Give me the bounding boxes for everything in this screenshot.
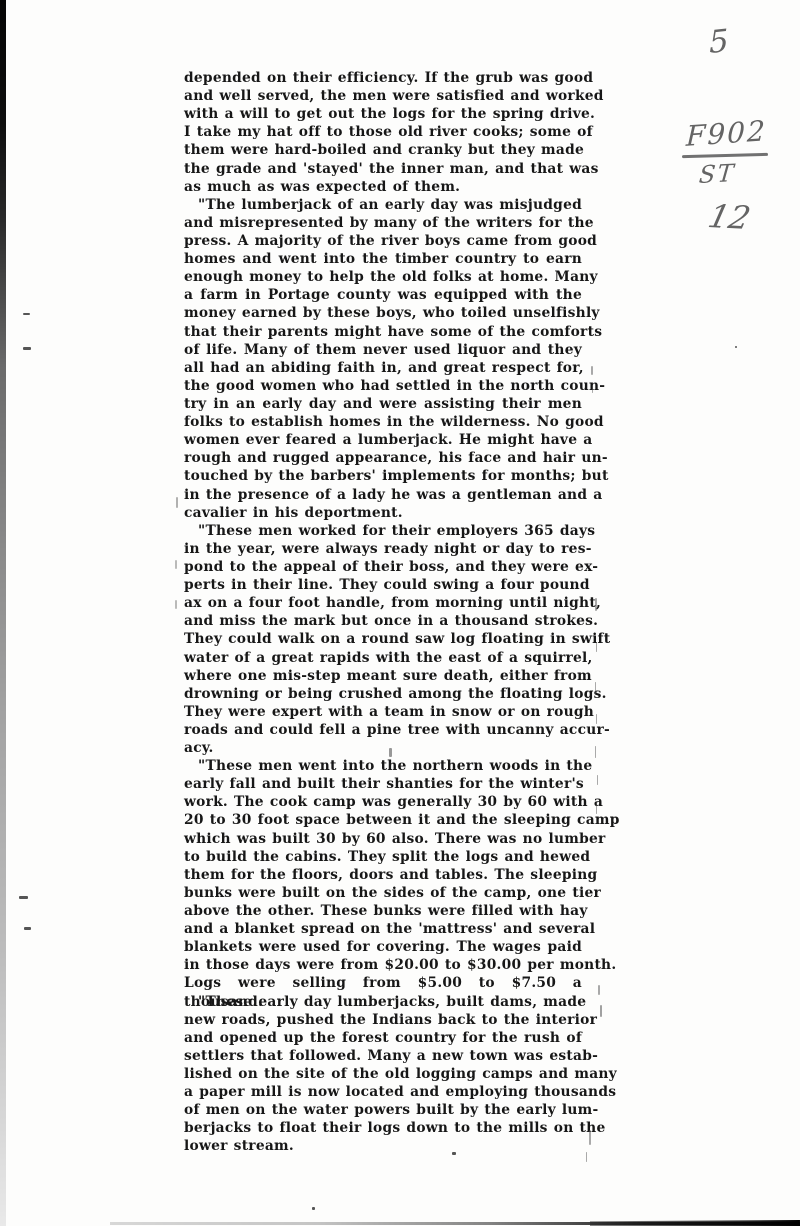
text-line: in the year, were always ready night or …	[184, 540, 582, 558]
text-line: new roads, pushed the Indians back to th…	[184, 1011, 582, 1029]
text-line: and a blanket spread on the 'mattress' a…	[184, 920, 582, 938]
scan-artifact	[595, 746, 596, 758]
scanned-document-page: 5 F902 ST 12 depended on their efficienc…	[0, 0, 800, 1226]
handwritten-underline	[682, 153, 768, 158]
text-line: lower stream.	[184, 1137, 582, 1155]
text-line: "The lumberjack of an early day was misj…	[184, 196, 582, 214]
text-line: above the other. These bunks were filled…	[184, 902, 582, 920]
scan-artifact	[735, 346, 737, 348]
scan-artifact	[589, 1130, 591, 1145]
scan-artifact	[595, 598, 597, 611]
text-line: and miss the mark but once in a thousand…	[184, 612, 582, 630]
scan-artifact	[389, 748, 392, 757]
text-line: cavalier in his deportment.	[184, 504, 582, 522]
handwritten-call-number-line1: F902	[686, 117, 768, 151]
text-line: with a will to get out the logs for the …	[184, 105, 582, 123]
text-line: in the presence of a lady he was a gentl…	[184, 486, 582, 504]
scan-artifact	[600, 1005, 602, 1017]
text-line: "These men worked for their employers 36…	[184, 522, 582, 540]
text-line: "These early day lumberjacks, built dams…	[184, 993, 582, 1011]
text-line: touched by the barbers' implements for m…	[184, 467, 582, 485]
text-line: early fall and built their shanties for …	[184, 775, 582, 793]
scan-edge-corner	[590, 1220, 800, 1226]
text-line: 20 to 30 foot space between it and the s…	[184, 811, 582, 829]
text-line: and opened up the forest country for the…	[184, 1029, 582, 1047]
scan-artifact	[586, 1152, 587, 1162]
scan-artifact	[176, 497, 178, 508]
text-line: homes and went into the timber country t…	[184, 250, 582, 268]
text-line: as much as was expected of them.	[184, 178, 582, 196]
text-line: roads and could fell a pine tree with un…	[184, 721, 582, 739]
text-line: perts in their line. They could swing a …	[184, 576, 582, 594]
text-line: all had an abiding faith in, and great r…	[184, 359, 582, 377]
scan-artifact	[597, 775, 598, 785]
scan-artifact	[24, 927, 31, 930]
text-line: They could walk on a round saw log float…	[184, 630, 582, 648]
handwritten-page-number: 5	[709, 26, 730, 59]
text-line: pond to the appeal of their boss, and th…	[184, 558, 582, 576]
text-line: women ever feared a lumberjack. He might…	[184, 431, 582, 449]
text-line: of men on the water powers built by the …	[184, 1101, 582, 1119]
text-line: to build the cabins. They split the logs…	[184, 848, 582, 866]
scan-artifact	[312, 1207, 315, 1210]
scan-artifact	[596, 802, 597, 814]
text-line: folks to establish homes in the wilderne…	[184, 413, 582, 431]
text-line: the grade and 'stayed' the inner man, an…	[184, 160, 582, 178]
text-line: enough money to help the old folks at ho…	[184, 268, 582, 286]
text-line: a farm in Portage county was equipped wi…	[184, 286, 582, 304]
text-line: the good women who had settled in the no…	[184, 377, 582, 395]
text-line: bunks were built on the sides of the cam…	[184, 884, 582, 902]
scan-artifact	[175, 560, 177, 569]
scan-artifact	[596, 714, 597, 724]
scan-artifact	[175, 600, 177, 609]
text-line: which was built 30 by 60 also. There was…	[184, 830, 582, 848]
text-line: that their parents might have some of th…	[184, 323, 582, 341]
text-line: blankets were used for covering. The wag…	[184, 938, 582, 956]
scan-artifact	[23, 347, 31, 350]
text-line: water of a great rapids with the east of…	[184, 649, 582, 667]
text-line: and misrepresented by many of the writer…	[184, 214, 582, 232]
text-line: berjacks to float their logs down to the…	[184, 1119, 582, 1137]
text-line: money earned by these boys, who toiled u…	[184, 304, 582, 322]
scan-artifact	[595, 682, 596, 694]
text-line: I take my hat off to those old river coo…	[184, 123, 582, 141]
scan-artifact	[591, 366, 593, 375]
text-line: and well served, the men were satisfied …	[184, 87, 582, 105]
handwritten-call-number-line3: 12	[705, 200, 753, 234]
text-line: them were hard-boiled and cranky but the…	[184, 141, 582, 159]
text-line: work. The cook camp was generally 30 by …	[184, 793, 582, 811]
text-line: rough and rugged appearance, his face an…	[184, 449, 582, 467]
text-column: depended on their efficiency. If the gru…	[184, 69, 582, 1156]
text-line: They were expert with a team in snow or …	[184, 703, 582, 721]
text-line: drowning or being crushed among the floa…	[184, 685, 582, 703]
handwritten-call-number-line2: ST	[698, 161, 737, 187]
scan-edge-left	[0, 0, 6, 1226]
scan-artifact	[596, 642, 597, 652]
text-line: ax on a four foot handle, from morning u…	[184, 594, 582, 612]
text-line: in those days were from $20.00 to $30.00…	[184, 956, 582, 974]
text-line: depended on their efficiency. If the gru…	[184, 69, 582, 87]
text-line: settlers that followed. Many a new town …	[184, 1047, 582, 1065]
text-line: Logs were selling from $5.00 to $7.50 a …	[184, 974, 582, 992]
scan-artifact	[23, 313, 30, 315]
text-line: of life. Many of them never used liquor …	[184, 341, 582, 359]
text-line: where one mis-step meant sure death, eit…	[184, 667, 582, 685]
scan-artifact	[19, 896, 28, 899]
text-line: try in an early day and were assisting t…	[184, 395, 582, 413]
text-line: a paper mill is now located and employin…	[184, 1083, 582, 1101]
text-line: "These men went into the northern woods …	[184, 757, 582, 775]
text-line: press. A majority of the river boys came…	[184, 232, 582, 250]
text-line: them for the floors, doors and tables. T…	[184, 866, 582, 884]
scan-artifact	[598, 985, 600, 995]
text-line: acy.	[184, 739, 582, 757]
scan-artifact	[592, 385, 593, 393]
scan-artifact	[452, 1152, 456, 1155]
text-line: lished on the site of the old logging ca…	[184, 1065, 582, 1083]
